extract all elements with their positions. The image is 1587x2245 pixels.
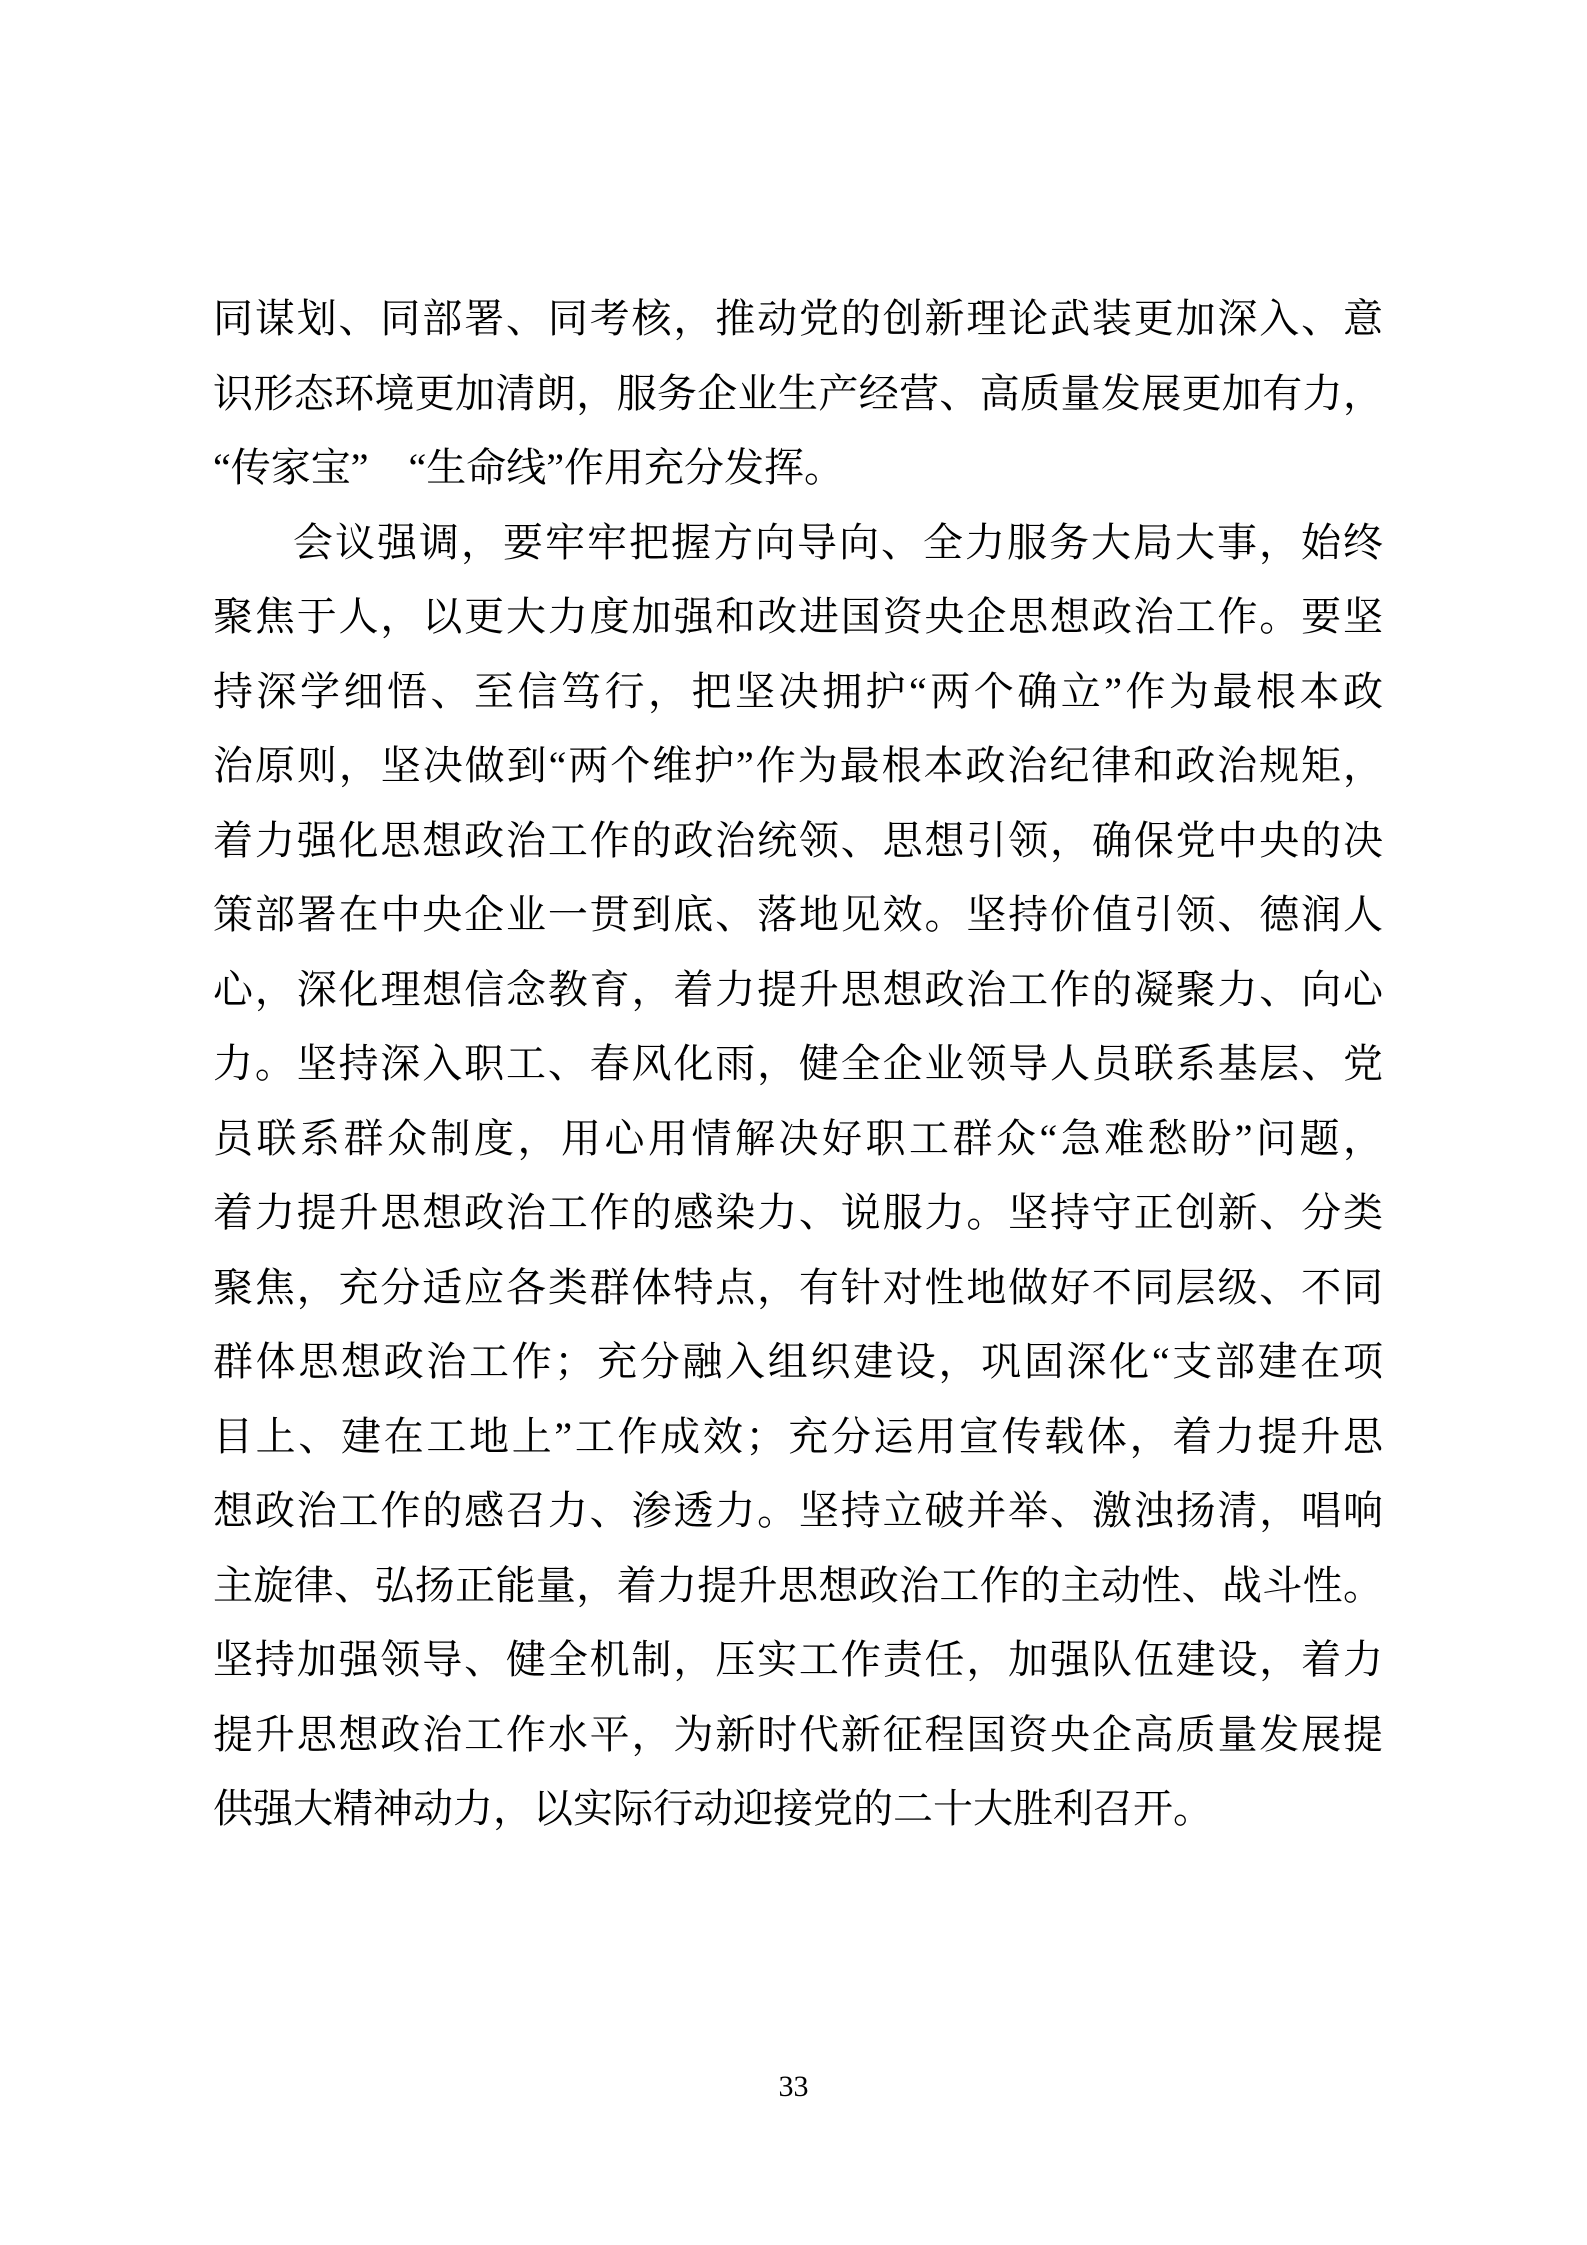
document-page: 同谋划、同部署、同考核，推动党的创新理论武装更加深入、意 识形态环境更加清朗，服… — [0, 0, 1587, 2245]
text-line: 心，深化理想信念教育，着力提升思想政治工作的凝聚力、向心 — [213, 953, 1383, 1028]
text-line: 策部署在中央企业一贯到底、落地见效。坚持价值引领、德润人 — [213, 878, 1383, 953]
text-line: 着力提升思想政治工作的感染力、说服力。坚持守正创新、分类 — [213, 1176, 1383, 1251]
text-line: “传家宝” “生命线”作用充分发挥。 — [213, 431, 1383, 506]
text-line: 力。坚持深入职工、春风化雨，健全企业领导人员联系基层、党 — [213, 1027, 1383, 1102]
page-number: 33 — [0, 2070, 1587, 2104]
text-line: 想政治工作的感召力、渗透力。坚持立破并举、激浊扬清，唱响 — [213, 1474, 1383, 1549]
text-line: 识形态环境更加清朗，服务企业生产经营、高质量发展更加有力， — [213, 357, 1383, 432]
text-line: 主旋律、弘扬正能量，着力提升思想政治工作的主动性、战斗性。 — [213, 1549, 1383, 1624]
text-line: 聚焦，充分适应各类群体特点，有针对性地做好不同层级、不同 — [213, 1251, 1383, 1326]
text-line: 治原则，坚决做到“两个维护”作为最根本政治纪律和政治规矩， — [213, 729, 1383, 804]
text-line: 坚持加强领导、健全机制，压实工作责任，加强队伍建设，着力 — [213, 1623, 1383, 1698]
text-line: 会议强调，要牢牢把握方向导向、全力服务大局大事，始终 — [213, 506, 1383, 581]
text-line: 聚焦于人，以更大力度加强和改进国资央企思想政治工作。要坚 — [213, 580, 1383, 655]
body-text: 同谋划、同部署、同考核，推动党的创新理论武装更加深入、意 识形态环境更加清朗，服… — [213, 282, 1383, 1847]
text-line: 着力强化思想政治工作的政治统领、思想引领，确保党中央的决 — [213, 804, 1383, 879]
text-line: 目上、建在工地上”工作成效；充分运用宣传载体，着力提升思 — [213, 1400, 1383, 1475]
text-line: 持深学细悟、至信笃行，把坚决拥护“两个确立”作为最根本政 — [213, 655, 1383, 730]
text-line: 提升思想政治工作水平，为新时代新征程国资央企高质量发展提 — [213, 1698, 1383, 1773]
text-line: 员联系群众制度，用心用情解决好职工群众“急难愁盼”问题， — [213, 1102, 1383, 1177]
text-line: 同谋划、同部署、同考核，推动党的创新理论武装更加深入、意 — [213, 282, 1383, 357]
text-line: 群体思想政治工作；充分融入组织建设，巩固深化“支部建在项 — [213, 1325, 1383, 1400]
text-line: 供强大精神动力，以实际行动迎接党的二十大胜利召开。 — [213, 1772, 1383, 1847]
